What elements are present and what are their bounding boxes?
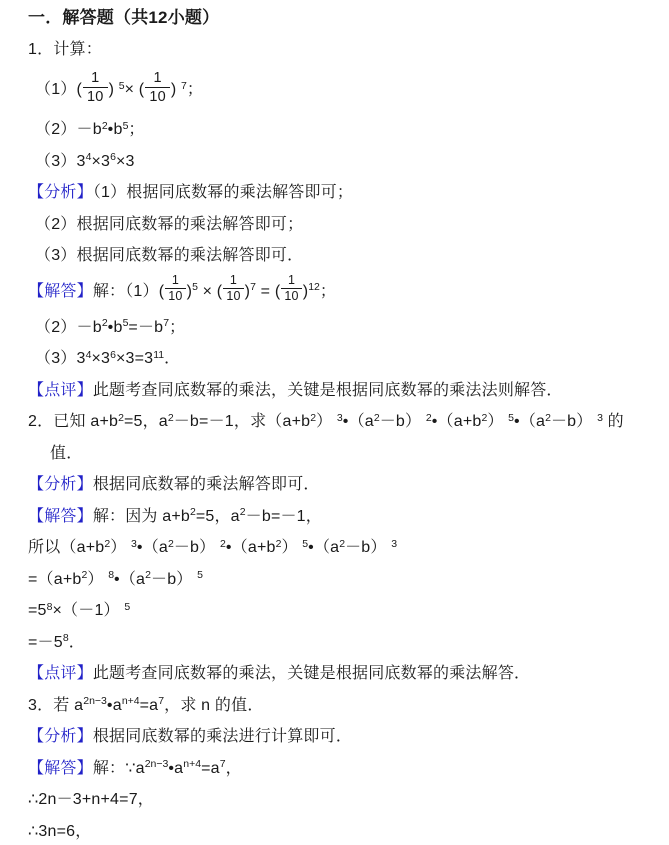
superscript: 7 [163, 317, 169, 329]
document-line: 【分析】根据同底数幂的乘法解答即可． [28, 469, 651, 501]
superscript: n+4 [183, 758, 201, 770]
text-run: ) [171, 81, 181, 98]
superscript: 7 [220, 758, 226, 770]
superscript: 2 [145, 569, 151, 581]
text-run: （3）3 [35, 153, 86, 170]
text-run: ） [316, 413, 337, 430]
text-run: =（a+b [28, 571, 82, 588]
text-run: •b [108, 121, 123, 138]
text-run: 的 [603, 413, 624, 430]
text-run: × ( [125, 81, 145, 98]
superscript: 2 [374, 412, 380, 424]
text-run: 一．解答题（共12小题） [28, 8, 219, 27]
superscript: 6 [110, 151, 116, 163]
superscript: 2 [276, 538, 282, 550]
superscript: 2 [168, 412, 174, 424]
text-run: =a [201, 760, 220, 777]
section-label: 【分析】 [28, 476, 93, 493]
text-run: •（a [114, 571, 145, 588]
document-line: 【解答】解：因为 a+b2=5，a2－b=－1， [28, 501, 651, 533]
text-run: （2）－b [35, 319, 102, 336]
text-run: ∴3n=6， [28, 823, 91, 840]
text-run: （2）－b [35, 121, 102, 138]
superscript: 8 [47, 601, 53, 613]
text-run: 根据同底数幂的乘法解答即可． [93, 476, 320, 493]
text-run: －b） [174, 539, 220, 556]
text-run: ； [187, 81, 203, 98]
text-run: •（a [308, 539, 339, 556]
fraction: 110 [281, 274, 301, 304]
superscript: 2 [545, 412, 551, 424]
fraction: 110 [165, 274, 185, 304]
page-title: 一．解答题（共12小题） [28, 2, 651, 34]
text-run: =－b [128, 319, 163, 336]
text-run: （1）( [35, 81, 82, 98]
text-run: ∴2n－3+n+4=7， [28, 791, 154, 808]
text-run: = ( [256, 283, 280, 300]
text-run: ×3 [116, 153, 135, 170]
math-worksheet: 一．解答题（共12小题）1．计算：（1）(110) 5× (110) 7；（2）… [0, 0, 669, 845]
superscript: 7 [250, 281, 256, 293]
document-line: （3）34×36×3=311． [28, 343, 651, 375]
document-line: =（a+b2） 8•（a2－b） 5 [28, 564, 651, 596]
superscript: 4 [86, 349, 92, 361]
superscript: 2 [240, 506, 246, 518]
document-line: （3）34×36×3 [28, 146, 651, 178]
text-run: •（a [514, 413, 545, 430]
text-run: ） [87, 571, 108, 588]
superscript: 2 [339, 538, 345, 550]
text-run: 此题考查同底数幂的乘法，关键是根据同底数幂的乘法法则解答． [93, 382, 563, 399]
superscript: 5 [197, 569, 203, 581]
fraction-denominator: 10 [145, 87, 170, 105]
fraction: 110 [223, 274, 243, 304]
text-run: （3）3 [35, 350, 86, 367]
text-run: =a [140, 697, 159, 714]
document-line: 【点评】此题考查同底数幂的乘法，关键是根据同底数幂的乘法解答． [28, 658, 651, 690]
superscript: 2 [168, 538, 174, 550]
section-label: 【分析】 [28, 728, 93, 745]
text-run: （1）根据同底数幂的乘法解答即可； [93, 184, 353, 201]
document-line: 3．若 a2n−3•an+4=a7，求 n 的值． [28, 690, 651, 722]
superscript: 2 [102, 317, 108, 329]
text-run: 解：∵a [93, 760, 145, 777]
text-run: × ( [198, 283, 222, 300]
superscript: 5 [508, 412, 514, 424]
fraction-numerator: 1 [165, 274, 185, 288]
document-line: 2．已知 a+b2=5，a2－b=－1，求（a+b2） 3•（a2－b） 2•（… [28, 406, 651, 438]
superscript: 12 [308, 281, 320, 293]
superscript: 11 [153, 349, 164, 361]
document-line: 【分析】（1）根据同底数幂的乘法解答即可； [28, 177, 651, 209]
text-run: 2．已知 a+b [28, 413, 118, 430]
superscript: 2 [102, 120, 108, 132]
text-run: 1．计算： [28, 41, 102, 58]
document-line: （2）根据同底数幂的乘法解答即可； [28, 209, 651, 241]
superscript: 6 [110, 349, 116, 361]
text-run: （3）根据同底数幂的乘法解答即可． [35, 247, 303, 264]
document-line: （2）－b2•b5； [28, 114, 651, 146]
document-line: 【分析】根据同底数幂的乘法进行计算即可． [28, 721, 651, 753]
text-run: 解：（1）( [93, 283, 164, 300]
document-line: （1）(110) 5× (110) 7； [28, 65, 651, 114]
text-run: ×（－1） [53, 602, 125, 619]
document-line: ∴2n－3+n+4=7， [28, 784, 651, 816]
text-run: ，求 n 的值． [164, 697, 263, 714]
section-label: 【点评】 [28, 665, 93, 682]
fraction-denominator: 10 [165, 288, 185, 304]
text-run: ） [281, 539, 302, 556]
text-run: －b） [551, 413, 597, 430]
fraction-numerator: 1 [281, 274, 301, 288]
text-run: =5，a [196, 508, 240, 525]
text-run: －b） [345, 539, 391, 556]
superscript: 3 [391, 538, 397, 550]
superscript: 5 [192, 281, 198, 293]
text-run: •（a+b [432, 413, 482, 430]
fraction-numerator: 1 [145, 71, 170, 88]
document-line: （2）－b2•b5=－b7； [28, 312, 651, 344]
fraction: 110 [145, 71, 170, 105]
superscript: 2n−3 [145, 758, 169, 770]
superscript: 4 [86, 151, 92, 163]
fraction-denominator: 10 [223, 288, 243, 304]
text-run: ； [320, 283, 336, 300]
text-run: ， [226, 760, 242, 777]
text-run: •a [107, 697, 122, 714]
superscript: 2n−3 [83, 695, 107, 707]
text-run: 解：因为 a+b [93, 508, 190, 525]
document-line: ∴3n=6， [28, 816, 651, 845]
document-line: 【点评】此题考查同底数幂的乘法，关键是根据同底数幂的乘法法则解答． [28, 375, 651, 407]
superscript: 2 [220, 538, 226, 550]
text-run: 3．若 a [28, 697, 83, 714]
superscript: 2 [104, 538, 110, 550]
text-run: •（a+b [226, 539, 276, 556]
text-run: 根据同底数幂的乘法进行计算即可． [93, 728, 352, 745]
text-run: ． [69, 634, 85, 651]
fraction-denominator: 10 [83, 87, 108, 105]
superscript: 2 [118, 412, 124, 424]
superscript: 7 [181, 80, 187, 92]
superscript: 5 [302, 538, 308, 550]
text-run: ） [110, 539, 131, 556]
text-run: =5 [28, 602, 47, 619]
text-run: •a [168, 760, 183, 777]
text-run: －b=－1， [246, 508, 322, 525]
document-line: =－58． [28, 627, 651, 659]
section-label: 【分析】 [28, 184, 93, 201]
document-line: =58×（－1） 5 [28, 595, 651, 627]
document-line: 【解答】解：∵a2n−3•an+4=a7， [28, 753, 651, 785]
text-run: 所以（a+b [28, 539, 104, 556]
text-run: =－5 [28, 634, 63, 651]
superscript: 5 [123, 120, 129, 132]
text-run: －b） [380, 413, 426, 430]
fraction: 110 [83, 71, 108, 105]
text-run: 值． [50, 445, 82, 462]
text-run: •（a [137, 539, 168, 556]
section-label: 【点评】 [28, 382, 93, 399]
fraction-numerator: 1 [83, 71, 108, 88]
text-run: ． [164, 350, 180, 367]
text-run: •（a [343, 413, 374, 430]
superscript: 3 [597, 412, 603, 424]
superscript: 3 [337, 412, 343, 424]
document-line: 值． [28, 438, 651, 470]
fraction-numerator: 1 [223, 274, 243, 288]
superscript: 2 [310, 412, 316, 424]
document-line: 【解答】解：（1）(110)5 × (110)7 = (110)12； [28, 272, 651, 312]
text-run: －b=－1，求（a+b [174, 413, 310, 430]
text-run: •b [108, 319, 123, 336]
text-run: 此题考查同底数幂的乘法，关键是根据同底数幂的乘法解答． [93, 665, 530, 682]
superscript: 2 [481, 412, 487, 424]
text-run: ×3=3 [116, 350, 153, 367]
superscript: 2 [426, 412, 432, 424]
superscript: n+4 [122, 695, 140, 707]
superscript: 2 [190, 506, 196, 518]
superscript: 5 [124, 601, 130, 613]
text-run: （2）根据同底数幂的乘法解答即可； [35, 216, 303, 233]
fraction-denominator: 10 [281, 288, 301, 304]
document-line: 1．计算： [28, 34, 651, 66]
superscript: 3 [131, 538, 137, 550]
section-label: 【解答】 [28, 508, 93, 525]
section-label: 【解答】 [28, 283, 93, 300]
superscript: 7 [158, 695, 164, 707]
text-run: ) [109, 81, 119, 98]
text-run: =5，a [124, 413, 168, 430]
text-run: ×3 [91, 153, 110, 170]
document-line: 所以（a+b2） 3•（a2－b） 2•（a+b2） 5•（a2－b） 3 [28, 532, 651, 564]
superscript: 5 [119, 80, 125, 92]
text-run: －b） [151, 571, 197, 588]
text-run: ； [128, 121, 144, 138]
document-line: （3）根据同底数幂的乘法解答即可． [28, 240, 651, 272]
superscript: 5 [123, 317, 129, 329]
superscript: 8 [63, 632, 69, 644]
section-label: 【解答】 [28, 760, 93, 777]
superscript: 8 [108, 569, 114, 581]
text-run: ×3 [91, 350, 110, 367]
text-run: ； [169, 319, 185, 336]
document-body: 一．解答题（共12小题）1．计算：（1）(110) 5× (110) 7；（2）… [28, 2, 651, 845]
text-run: ） [487, 413, 508, 430]
superscript: 2 [82, 569, 88, 581]
